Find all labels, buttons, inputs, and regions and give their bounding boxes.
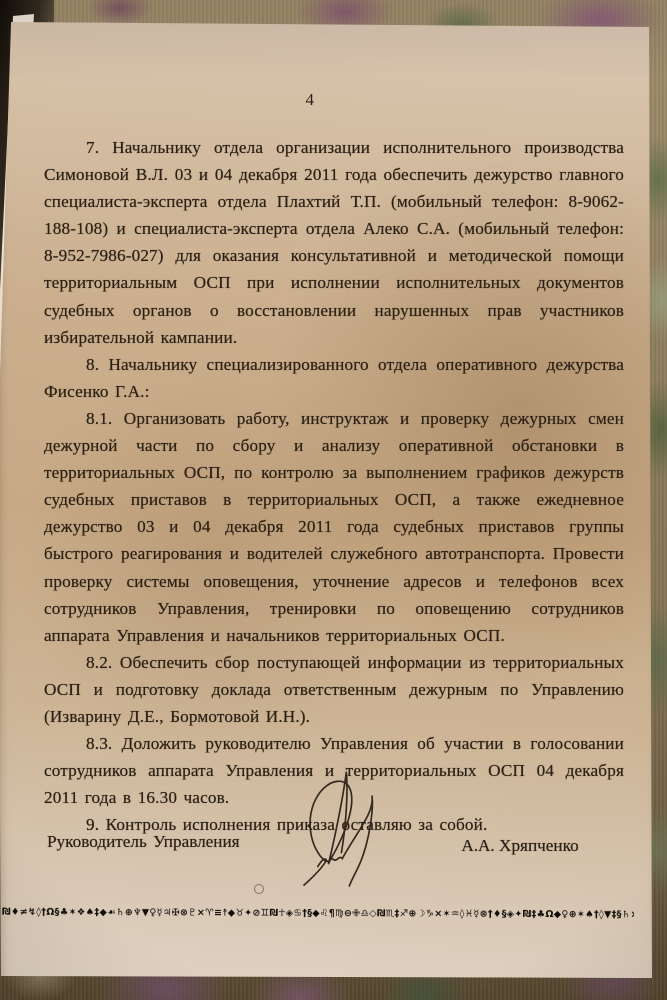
- photo-frame: 4 7. Начальнику отдела организации испол…: [0, 0, 667, 1000]
- print-artifact-line: ₪♦≠↯◊†Ω§♣✶❖♠‡◆☙♄⊕♆▼♀☿♃✠⊗♇×♈≡☨◆♉✦⊘♊₪☥◈♋†§…: [2, 907, 634, 928]
- document-text: 4 7. Начальнику отдела организации испол…: [0, 0, 667, 1000]
- stray-ring-mark: [254, 884, 264, 894]
- signatory-title: Руководитель Управления: [47, 832, 240, 852]
- paper-sheet: 4 7. Начальнику отдела организации испол…: [0, 0, 667, 1000]
- signature-row: Руководитель Управления А.А. Хряпченко: [0, 0, 667, 1000]
- handwritten-signature: [295, 766, 440, 894]
- signatory-name: А.А. Хряпченко: [430, 836, 610, 856]
